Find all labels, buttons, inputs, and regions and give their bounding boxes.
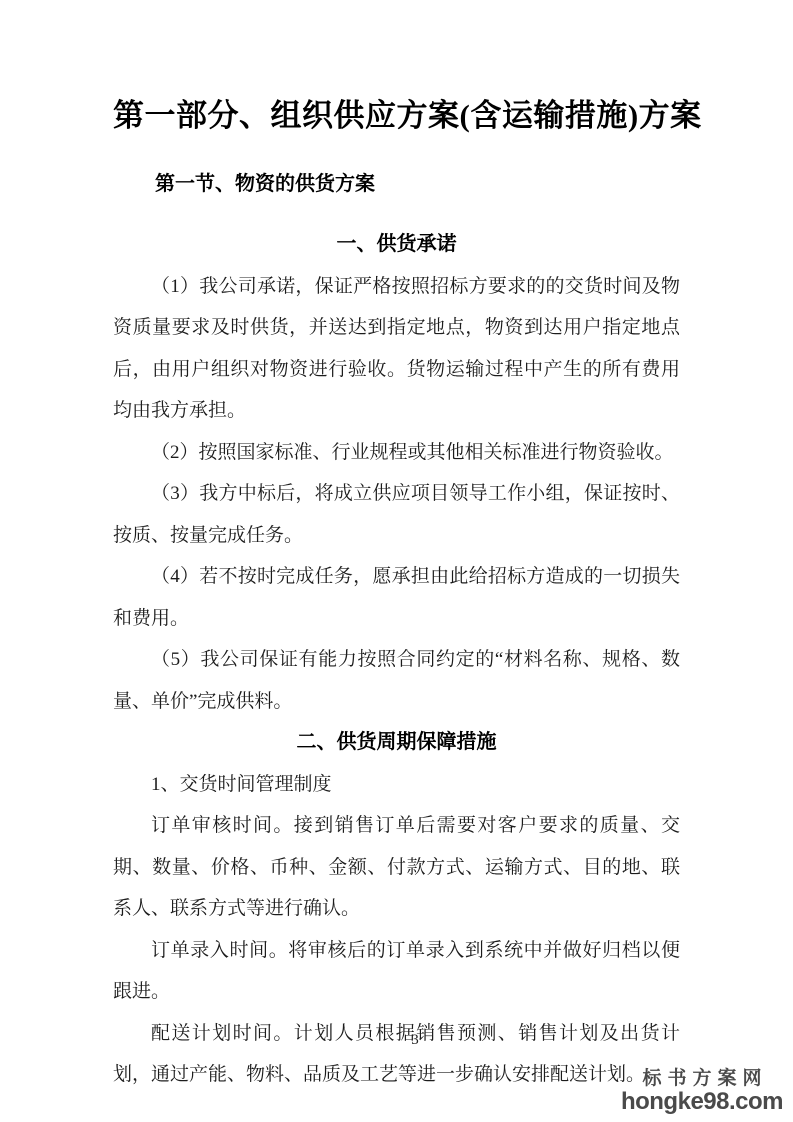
paragraph: 订单录入时间。将审核后的订单录入到系统中并做好归档以便跟进。: [113, 930, 680, 1013]
subsection-heading-supply-commitment: 一、供货承诺: [113, 224, 680, 266]
watermark-site-url: hongke98.com: [621, 1089, 783, 1114]
watermark: 标书方案网 hongke98.com: [621, 1068, 783, 1114]
paragraph: （2）按照国家标准、行业规程或其他相关标准进行物资验收。: [113, 432, 680, 474]
paragraph: （5）我公司保证有能力按照合同约定的“材料名称、规格、数量、单价”完成供料。: [113, 639, 680, 722]
page-number: 3: [411, 1031, 419, 1049]
paragraph: 配送计划时间。计划人员根据销售预测、销售计划及出货计划，通过产能、物料、品质及工…: [113, 1013, 680, 1096]
chapter-heading: 第一节、物资的供货方案: [155, 170, 680, 198]
list-item-heading: 1、交货时间管理制度: [113, 764, 680, 806]
paragraph: 订单审核时间。接到销售订单后需要对客户要求的质量、交期、数量、价格、币种、金额、…: [113, 805, 680, 930]
paragraph: （3）我方中标后，将成立供应项目领导工作小组，保证按时、按质、按量完成任务。: [113, 473, 680, 556]
paragraph: （4）若不按时完成任务，愿承担由此给招标方造成的一切损失和费用。: [113, 556, 680, 639]
document-title: 第一部分、组织供应方案(含运输措施)方案: [113, 0, 680, 136]
watermark-site-name: 标书方案网: [621, 1068, 789, 1089]
paragraph: （1）我公司承诺，保证严格按照招标方要求的的交货时间及物资质量要求及时供货，并送…: [113, 266, 680, 432]
document-content: 第一部分、组织供应方案(含运输措施)方案 第一节、物资的供货方案 一、供货承诺 …: [113, 0, 680, 1096]
subsection-heading-supply-cycle: 二、供货周期保障措施: [113, 722, 680, 764]
document-page: 第一部分、组织供应方案(含运输措施)方案 第一节、物资的供货方案 一、供货承诺 …: [0, 0, 793, 1122]
